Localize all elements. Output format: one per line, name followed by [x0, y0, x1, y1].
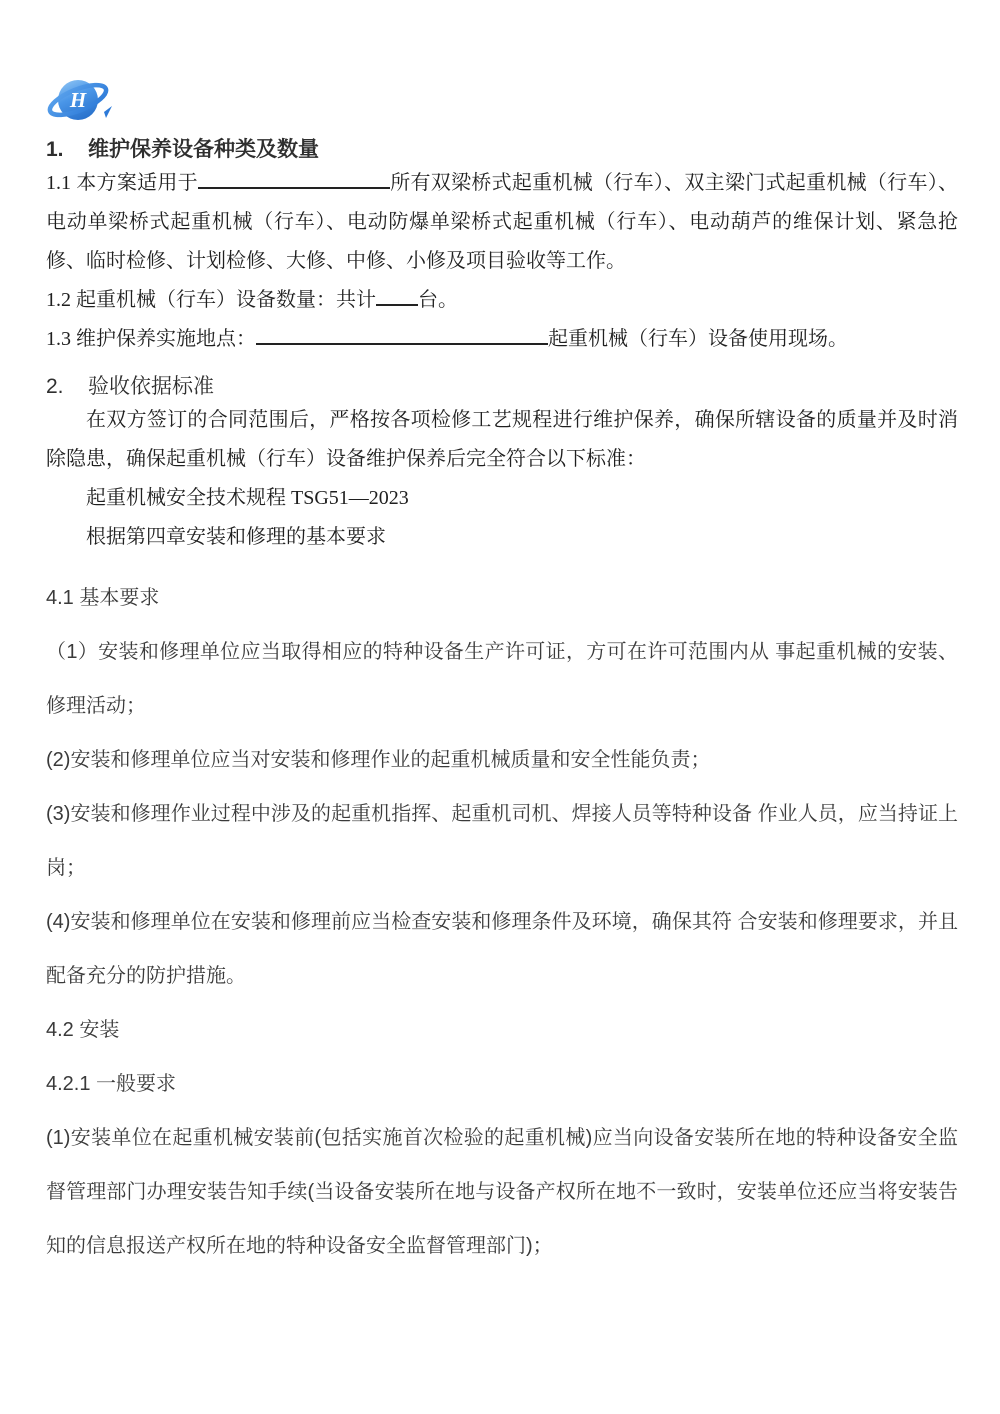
section-1-number: 1. — [46, 136, 88, 164]
requirement-item-4: (4)安装和修理单位在安装和修理前应当检查安装和修理条件及环境，确保其符 合安装… — [46, 895, 958, 1003]
requirements-section: 4.1 基本要求 （1）安装和修理单位应当取得相应的特种设备生产许可证，方可在许… — [46, 571, 958, 1273]
acceptance-intro-paragraph: 在双方签订的合同范围后，严格按各项检修工艺规程进行维护保养，确保所辖设备的质量并… — [46, 401, 958, 479]
section-4-1-heading: 4.1 基本要求 — [46, 571, 958, 625]
paragraph-1-2-tail: 台。 — [418, 289, 458, 311]
requirement-item-1: （1）安装和修理单位应当取得相应的特种设备生产许可证，方可在许可范围内从 事起重… — [46, 625, 958, 733]
fill-in-blank-quantity[interactable] — [376, 285, 418, 306]
section-4-2-1-heading: 4.2.1 一般要求 — [46, 1057, 958, 1111]
standard-reference-line: 起重机械安全技术规程 TSG51—2023 — [46, 479, 958, 518]
paragraph-1-1: 1.1 本方案适用于所有双梁桥式起重机械（行车）、双主梁门式起重机械（行车）、电… — [46, 164, 958, 281]
paragraph-1-1-lead: 1.1 本方案适用于 — [46, 172, 198, 194]
section-1-body: 1.1 本方案适用于所有双梁桥式起重机械（行车）、双主梁门式起重机械（行车）、电… — [46, 164, 958, 359]
globe-orbit-logo-icon: H — [46, 76, 114, 124]
paragraph-1-2: 1.2 起重机械（行车）设备数量：共计台。 — [46, 281, 958, 320]
paragraph-1-3-tail: 起重机械（行车）设备使用现场。 — [548, 328, 848, 350]
document-page: H 1. 维护保养设备种类及数量 1.1 本方案适用于所有双梁桥式起重机械（行车… — [0, 0, 1000, 1414]
section-1-heading: 1. 维护保养设备种类及数量 — [46, 136, 958, 164]
logo-container: H — [46, 76, 958, 124]
section-2-body: 在双方签订的合同范围后，严格按各项检修工艺规程进行维护保养，确保所辖设备的质量并… — [46, 401, 958, 557]
paragraph-1-2-lead: 1.2 起重机械（行车）设备数量：共计 — [46, 289, 376, 311]
section-2-heading: 2. 验收依据标准 — [46, 373, 958, 401]
paragraph-1-3-lead: 1.3 维护保养实施地点： — [46, 328, 256, 350]
section-1-title: 维护保养设备种类及数量 — [88, 136, 319, 164]
fill-in-blank-scope[interactable] — [198, 168, 390, 189]
section-4-2-heading: 4.2 安装 — [46, 1003, 958, 1057]
section-2-number: 2. — [46, 373, 88, 401]
requirement-item-2: (2)安装和修理单位应当对安装和修理作业的起重机械质量和安全性能负责； — [46, 733, 958, 787]
requirement-item-3: (3)安装和修理作业过程中涉及的起重机指挥、起重机司机、焊接人员等特种设备 作业… — [46, 787, 958, 895]
installation-item-1: (1)安装单位在起重机械安装前(包括实施首次检验的起重机械)应当向设备安装所在地… — [46, 1111, 958, 1273]
fill-in-blank-location[interactable] — [256, 324, 548, 345]
paragraph-1-3: 1.3 维护保养实施地点：起重机械（行车）设备使用现场。 — [46, 320, 958, 359]
chapter-basis-line: 根据第四章安装和修理的基本要求 — [46, 518, 958, 557]
logo-letter: H — [69, 88, 87, 112]
section-2-title: 验收依据标准 — [88, 373, 214, 401]
